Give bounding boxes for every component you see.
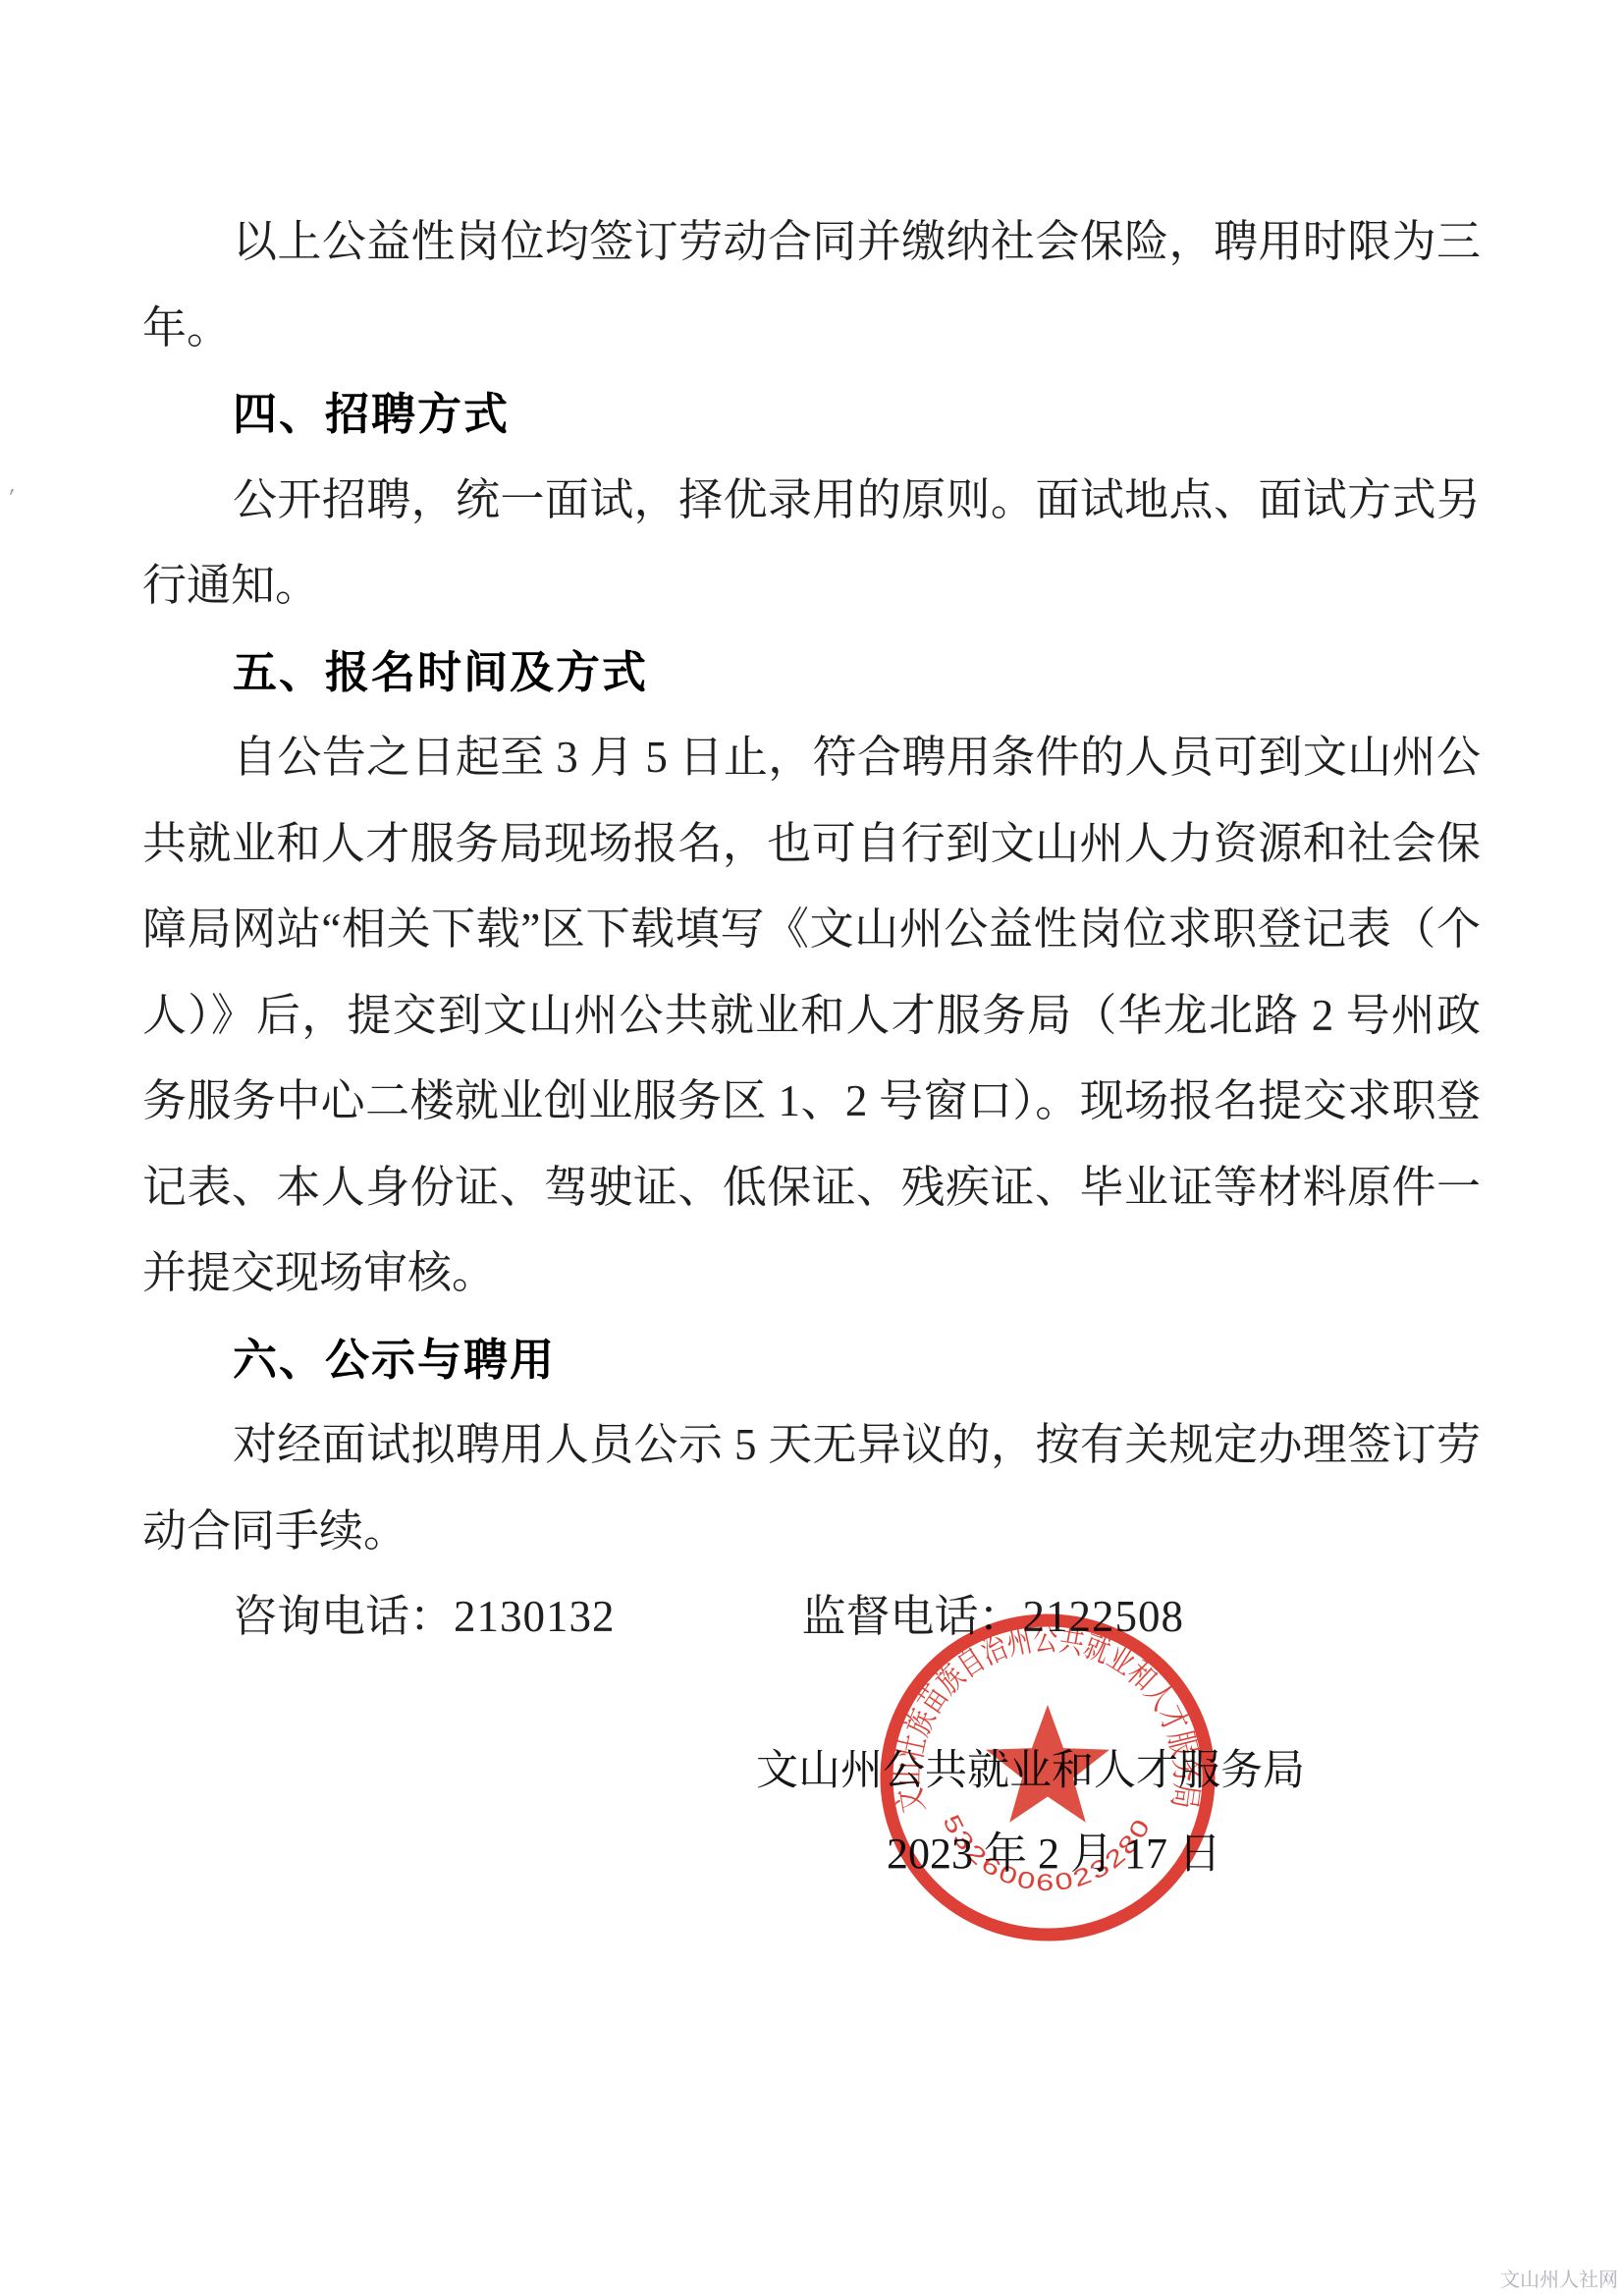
body-line: 务服务中心二楼就业创业服务区 1、2 号窗口）。现场报名提交求职登 xyxy=(142,1059,1481,1145)
contact-phones-line: 咨询电话：2130132监督电话：2122508 xyxy=(142,1574,1481,1661)
body-line: 并提交现场审核。 xyxy=(142,1230,1481,1317)
body-line: 公开招聘，统一面试，择优录用的原则。面试地点、面试方式另 xyxy=(142,458,1481,544)
section-heading-publicity: 六、公示与聘用 xyxy=(142,1317,1481,1403)
body-line: 人）》后，提交到文山州公共就业和人才服务局（华龙北路 2 号州政 xyxy=(142,973,1481,1060)
seal-code: 5326006023280 xyxy=(938,1811,1158,1897)
scan-artifact-mark: ʹ xyxy=(5,483,17,514)
section-heading-registration: 五、报名时间及方式 xyxy=(142,629,1481,716)
body-line: 年。 xyxy=(142,286,1481,372)
body-line: 动合同手续。 xyxy=(142,1489,1481,1575)
body-line: 对经面试拟聘用人员公示 5 天无异议的，按有关规定办理签订劳 xyxy=(142,1402,1481,1489)
document-page: ʹ 以上公益性岗位均签订劳动合同并缴纳社会保险，聘用时限为三 年。 四、招聘方式… xyxy=(0,0,1623,2296)
consult-phone-label: 咨询电话： xyxy=(233,1592,454,1641)
notice-body: 以上公益性岗位均签订劳动合同并缴纳社会保险，聘用时限为三 年。 四、招聘方式 公… xyxy=(142,199,1481,1661)
body-line: 障局网站“相关下载”区下载填写《文山州公益性岗位求职登记表（个 xyxy=(142,887,1481,973)
site-watermark: 文山州人社网 xyxy=(1500,2264,1618,2292)
star-icon xyxy=(986,1705,1109,1823)
body-line: 自公告之日起至 3 月 5 日止，符合聘用条件的人员可到文山州公 xyxy=(142,715,1481,801)
body-line: 共就业和人才服务局现场报名，也可自行到文山州人力资源和社会保 xyxy=(142,801,1481,888)
body-line: 以上公益性岗位均签订劳动合同并缴纳社会保险，聘用时限为三 xyxy=(142,199,1481,286)
body-line: 行通知。 xyxy=(142,543,1481,629)
consult-phone-number: 2130132 xyxy=(454,1592,616,1641)
section-heading-recruit-method: 四、招聘方式 xyxy=(142,371,1481,458)
official-seal: 文山壮族苗族自治州公共就业和人才服务局 5326006023280 xyxy=(874,1609,1223,1948)
body-line: 记表、本人身份证、驾驶证、低保证、残疾证、毕业证等材料原件一 xyxy=(142,1145,1481,1231)
